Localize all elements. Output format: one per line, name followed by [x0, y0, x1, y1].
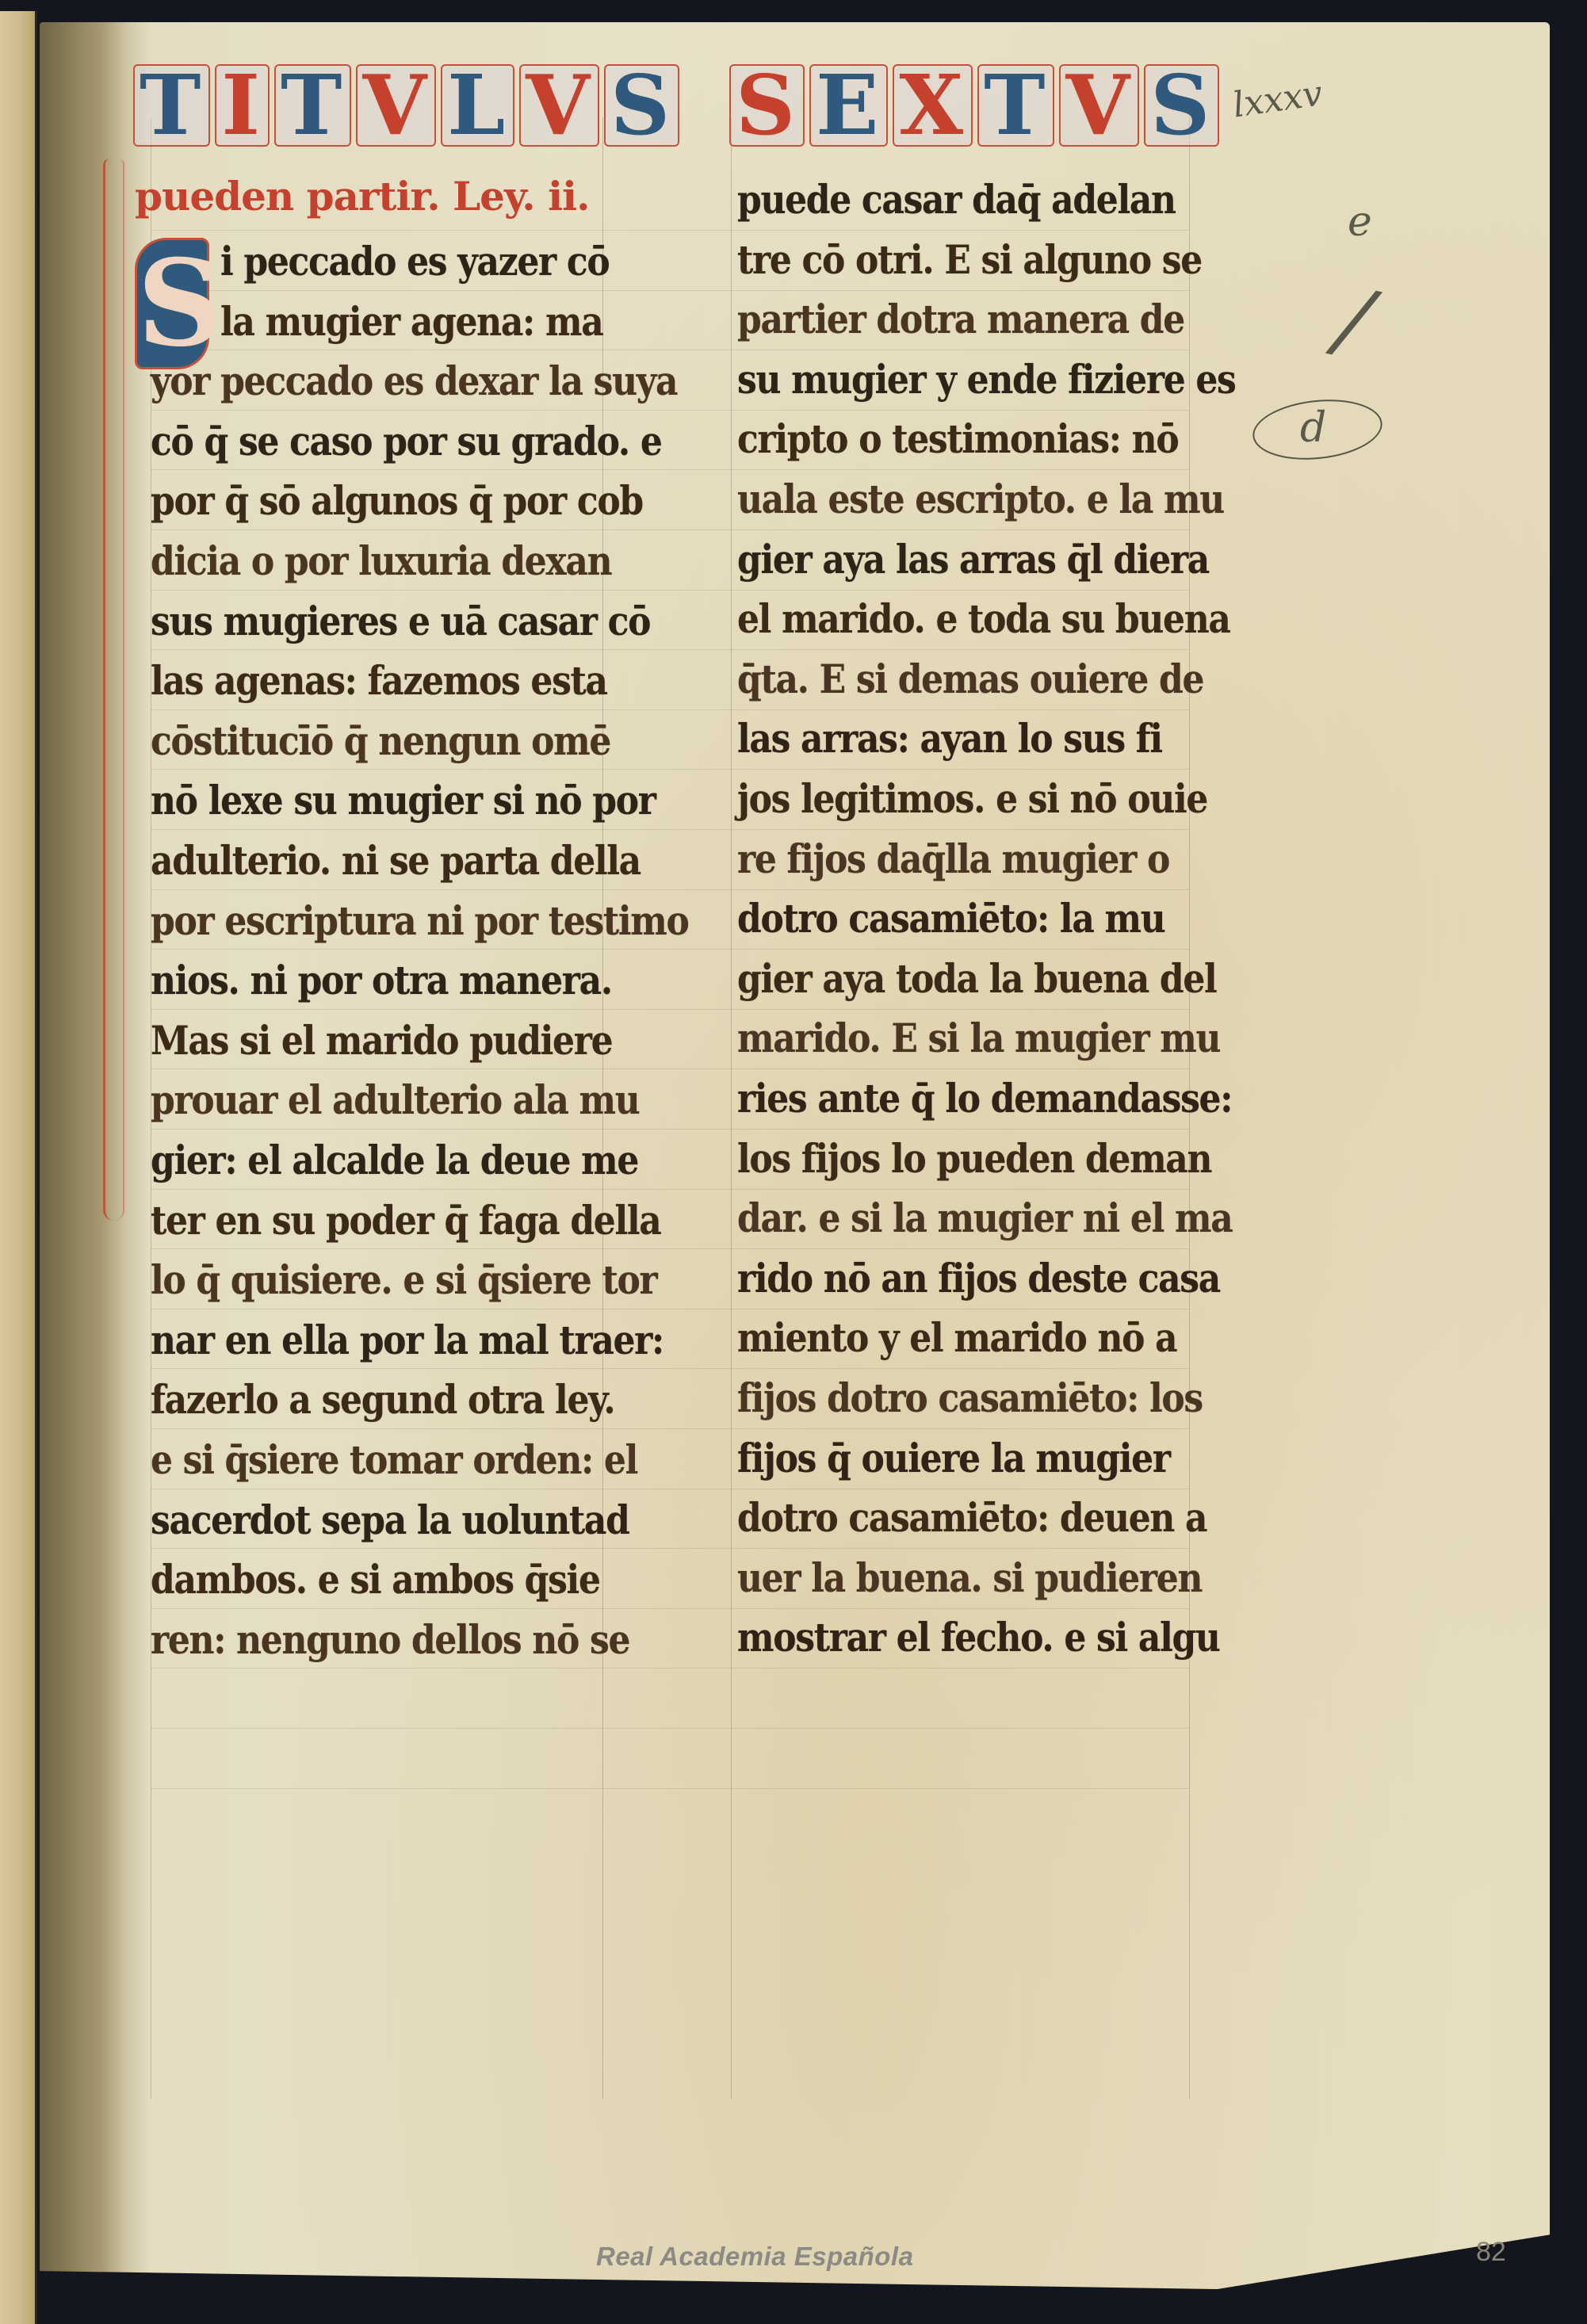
text-line: e si q̄siere tomar orden: el [151, 1436, 637, 1483]
heading-letter: L [441, 64, 514, 147]
heading-letter: V [519, 64, 599, 147]
text-line: fijos q̄ ouiere la mugier [737, 1435, 1170, 1481]
text-line: marido. E si la mugier mu [737, 1015, 1220, 1061]
text-line: nios. ni por otra manera. [151, 957, 612, 1003]
ruling-line [151, 290, 1189, 291]
text-line: cripto o testimonias: nō [737, 415, 1178, 462]
heading-letter: S [1144, 64, 1219, 147]
text-line: i peccado es yazer cō [220, 238, 609, 285]
text-line: sus mugieres e uā casar cō [151, 598, 650, 644]
text-line: las agenas: fazemos esta [151, 657, 607, 704]
ruling-line [151, 350, 1189, 350]
text-line: por q̄ sō algunos q̄ por cob [151, 477, 643, 524]
text-line: rido nō an fijos deste casa [737, 1255, 1220, 1302]
text-line: ter en su poder q̄ faga della [151, 1197, 660, 1244]
ruling-line [151, 1489, 1189, 1489]
ruling-line [151, 1068, 1189, 1069]
text-line: q̄ta. E si demas ouiere de [737, 656, 1203, 702]
text-line: por escriptura ni por testimo [151, 897, 689, 944]
text-line: los fijos lo pueden deman [737, 1135, 1211, 1182]
text-line: dotro casamiēto: deuen a [737, 1494, 1207, 1541]
heading-letter: I [215, 64, 270, 147]
watermark: Real Academia Española [596, 2242, 913, 2272]
text-line: dar. e si la mugier ni el ma [737, 1194, 1232, 1241]
text-line: cō q̄ se caso por su grado. e [151, 418, 662, 464]
text-line: partier dotra manera de [737, 296, 1184, 342]
text-line: uer la buena. si pudieren [737, 1554, 1202, 1601]
text-line: mostrar el fecho. e si algu [737, 1614, 1220, 1661]
text-line: Mas si el marido pudiere [151, 1017, 612, 1064]
ruling-line [151, 649, 1189, 650]
heading-letter: T [977, 64, 1054, 147]
text-line: lo q̄ quisiere. e si q̄siere tor [151, 1256, 656, 1303]
heading-letter: V [1059, 64, 1139, 147]
ruling-line [151, 1608, 1189, 1609]
heading-letter: S [729, 64, 805, 147]
ruling-line [151, 1189, 1189, 1190]
margin-mark: d [1300, 404, 1326, 452]
ruling-line [151, 469, 1189, 470]
text-line: adulterio. ni se parta della [151, 837, 641, 884]
ruling-line [151, 590, 1189, 591]
heading-letter: V [356, 64, 436, 147]
ruling-line [151, 529, 1189, 530]
text-line: fazerlo a segund otra ley. [151, 1376, 614, 1423]
text-line: nō lexe su mugier si nō por [151, 777, 656, 824]
ruling-line [151, 889, 1189, 890]
text-line: yor peccado es dexar la suya [151, 357, 677, 404]
text-line: puede casar daq̄ adelan [737, 176, 1176, 223]
ruling-line [151, 410, 1189, 411]
ruling-line [151, 1368, 1189, 1369]
ruling-line [151, 1428, 1189, 1429]
text-line: nar en ella por la mal traer: [151, 1317, 663, 1363]
text-line: ries ante q̄ lo demandasse: [737, 1075, 1232, 1122]
heading-letter: T [133, 64, 210, 147]
text-line: gier: el alcalde la deue me [151, 1137, 638, 1183]
ruling-line [151, 1009, 1189, 1010]
text-line: dicia o por luxuria dexan [151, 537, 611, 584]
text-line: gier aya toda la buena del [737, 955, 1216, 1002]
ruling-line [151, 1309, 1189, 1309]
text-line: las arras: ayan lo sus fi [737, 715, 1162, 762]
red-marginal-flourish [103, 159, 124, 1221]
ruling-line [151, 1668, 1189, 1668]
ruling-line [151, 949, 1189, 950]
ruling-line [151, 1548, 1189, 1549]
text-line: tre cō otri. E si alguno se [737, 236, 1202, 283]
text-line: cōstitucīō q̄ nengun omē [151, 717, 610, 764]
text-line: re fijos daq̄lla mugier o [737, 835, 1169, 882]
ruling-line [151, 709, 1189, 710]
text-line: la mugier agena: ma [220, 298, 602, 345]
margin-mark: e [1348, 198, 1372, 246]
heading-letter: E [809, 64, 888, 147]
heading-left: T I T V L V S [133, 62, 679, 149]
text-line: prouar el adulterio ala mu [151, 1076, 639, 1123]
text-line: dotro casamiēto: la mu [737, 895, 1164, 942]
text-line: su mugier y ende fiziere es [737, 356, 1236, 403]
text-line: dambos. e si ambos q̄sie [151, 1556, 600, 1603]
ruling-line [151, 769, 1189, 770]
ruling-line [151, 1129, 1189, 1130]
ruling-line [151, 1248, 1189, 1249]
folio-number: 82 [1476, 2237, 1506, 2268]
ruling-line [151, 829, 1189, 830]
ruling-line [151, 230, 1189, 231]
text-line: ren: nenguno dellos nō se [151, 1616, 629, 1663]
ruling-line [151, 1728, 1189, 1729]
text-line: gier aya las arras q̄l diera [737, 536, 1209, 583]
decorated-initial: S [135, 238, 209, 369]
rubric-law-title: pueden partir. Ley. ii. [135, 173, 590, 220]
ruling-line [151, 1788, 1189, 1789]
text-line: sacerdot sepa la uoluntad [151, 1496, 629, 1543]
text-line: fijos dotro casamiēto: los [737, 1374, 1203, 1421]
text-line: uala este escripto. e la mu [737, 476, 1224, 522]
heading-letter: X [893, 64, 973, 147]
heading-letter: T [274, 64, 351, 147]
text-line: el marido. e toda su buena [737, 595, 1230, 642]
heading-right: S E X T V S [729, 62, 1219, 149]
previous-leaf-edge [0, 11, 37, 2324]
heading-letter: S [604, 64, 679, 147]
text-line: jos legitimos. e si nō ouie [737, 775, 1207, 822]
ruling-right-col-start [731, 117, 732, 2099]
text-line: miento y el marido nō a [737, 1314, 1176, 1361]
